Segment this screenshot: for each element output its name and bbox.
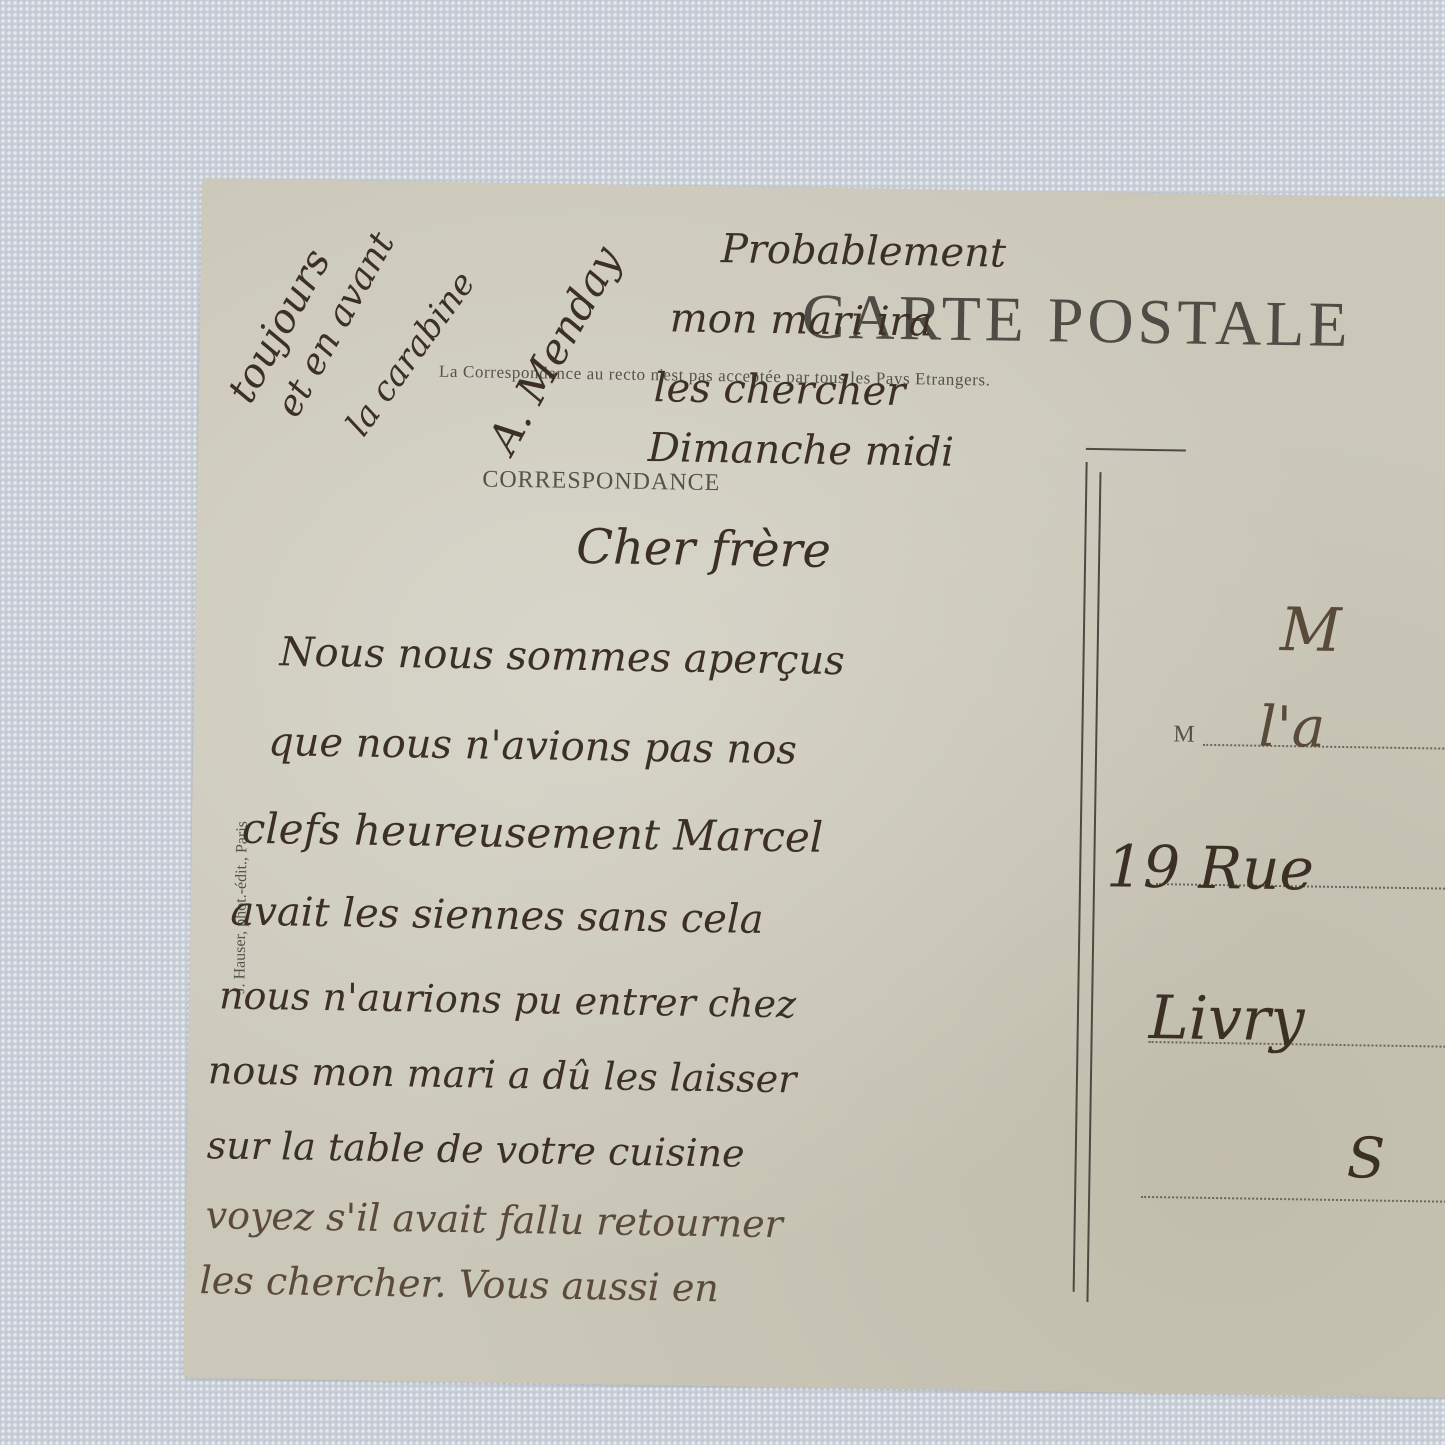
salutation: Cher frère: [576, 519, 832, 579]
body-line: que nous n'avions pas nos: [268, 719, 797, 773]
divider-line: [1073, 462, 1088, 1292]
top-note-line: Probablement: [721, 226, 1007, 276]
address-line-text: Livry: [1148, 983, 1305, 1055]
body-line: les chercher. Vous aussi en: [199, 1258, 719, 1310]
signature: A. Menday: [478, 238, 631, 461]
address-line-text: l'a: [1258, 695, 1326, 761]
top-note-line: les chercher: [653, 365, 905, 415]
body-line: voyez s'il avait fallu retourner: [205, 1193, 783, 1246]
postcard: CARTE POSTALE La Correspondance au recto…: [183, 178, 1445, 1398]
divider-line: [1086, 472, 1101, 1302]
date-line: Dimanche midi: [647, 425, 954, 476]
address-line: [1141, 1196, 1445, 1203]
address-line-text: 19 Rue: [1106, 832, 1315, 903]
divider-top: [1086, 448, 1186, 452]
top-note-line: mon mari ira: [669, 295, 932, 345]
address-prefix: M: [1173, 721, 1195, 748]
address-line-text: M: [1279, 595, 1342, 666]
body-line: clefs heureusement Marcel: [241, 804, 823, 862]
body-line: nous n'aurions pu entrer chez: [219, 973, 797, 1026]
address-line-text: S: [1346, 1126, 1385, 1192]
body-line: nous mon mari a dû les laisser: [208, 1048, 797, 1101]
body-line: Nous nous sommes aperçus: [279, 629, 845, 684]
body-line: avait les siennes sans cela: [230, 889, 764, 943]
body-line: sur la table de votre cuisine: [206, 1123, 744, 1175]
